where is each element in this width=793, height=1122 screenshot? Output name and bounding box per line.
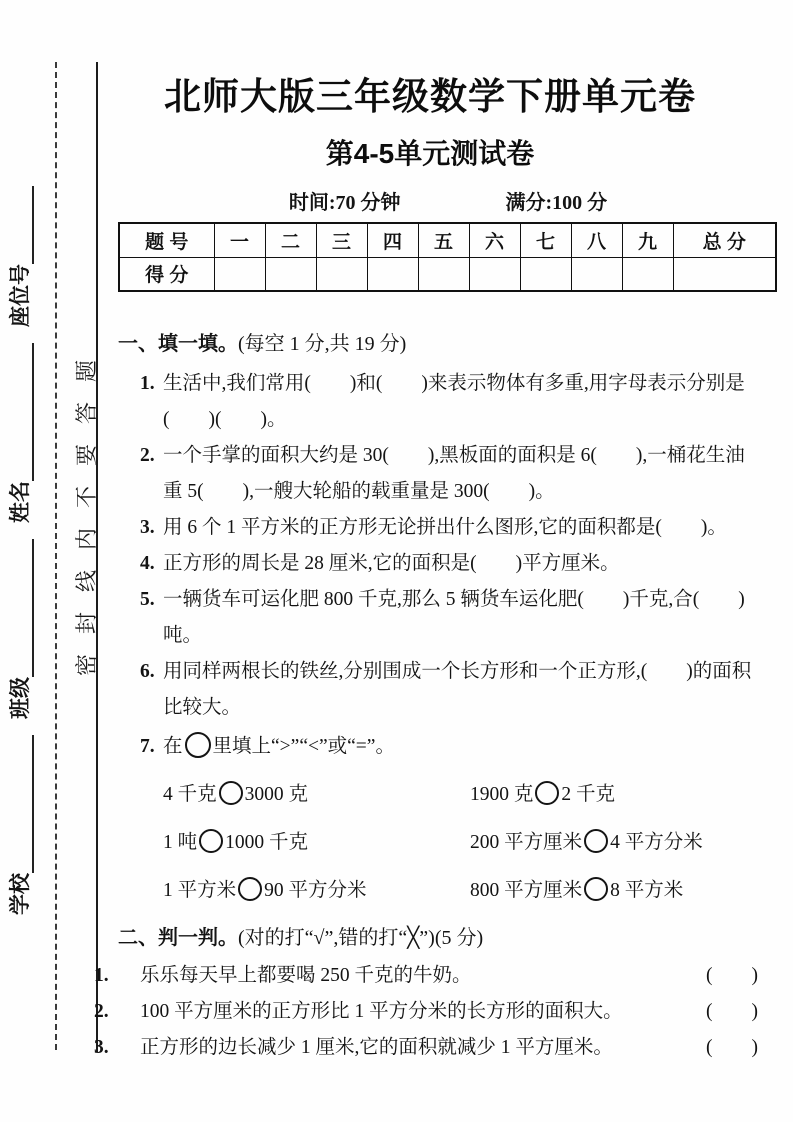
header-cell: 七	[520, 223, 571, 257]
question-text: 100 平方厘米的正方形比 1 平方分米的长方形的面积大。	[140, 1001, 623, 1022]
question-text: 正方形的周长是 28 厘米,它的面积是( )平方厘米。	[163, 553, 620, 574]
question-1: 1.生活中,我们常用( )和( )来表示物体有多重,用字母表示分别是 ( )( …	[118, 366, 780, 438]
comparison-row: 4 千克3000 克 1900 克2 千克	[118, 768, 780, 816]
section-2-heading: 二、判一判。(对的打“√”,错的打“╳”)(5 分)	[118, 924, 780, 952]
test-body: 一、填一填。(每空 1 分,共 19 分) 1.生活中,我们常用( )和( )来…	[118, 330, 780, 1066]
score-row-label: 得 分	[119, 257, 214, 291]
score-cell	[469, 257, 520, 291]
question-number: 1.	[117, 958, 140, 994]
question-text: 正方形的边长减少 1 厘米,它的面积就减少 1 平方厘米。	[140, 1037, 613, 1058]
score-cell	[265, 257, 316, 291]
header-cell: 一	[214, 223, 265, 257]
header-cell: 九	[622, 223, 673, 257]
compare-value: 1 平方米	[163, 880, 236, 901]
header-cell: 五	[418, 223, 469, 257]
circle-blank-icon	[584, 829, 608, 853]
question-number: 2.	[117, 994, 140, 1030]
header-cell: 总 分	[673, 223, 776, 257]
score-cell	[622, 257, 673, 291]
header-cell: 题 号	[119, 223, 214, 257]
question-number: 1.	[140, 366, 163, 402]
question-text: 吨。	[118, 618, 780, 654]
judge-item-1: 1.乐乐每天早上都要喝 250 千克的牛奶。 ( )	[118, 958, 780, 994]
question-text: 重 5( ),一艘大轮船的载重量是 300( )。	[118, 474, 780, 510]
write-line	[10, 343, 34, 481]
question-7: 7.在里填上“>”“<”或“=”。	[118, 726, 780, 768]
compare-value: 1900 克	[470, 784, 533, 805]
circle-blank-icon	[238, 877, 262, 901]
question-5: 5.一辆货车可运化肥 800 千克,那么 5 辆货车运化肥( )千克,合( ) …	[118, 582, 780, 654]
compare-value: 800 平方厘米	[470, 880, 582, 901]
header-cell: 六	[469, 223, 520, 257]
section-1-heading: 一、填一填。(每空 1 分,共 19 分)	[118, 330, 780, 358]
compare-value: 90 平方分米	[264, 880, 366, 901]
compare-value: 4 平方分米	[610, 832, 703, 853]
question-text: 里填上“>”“<”或“=”。	[213, 736, 395, 757]
question-number: 3.	[140, 510, 163, 546]
score-cell	[367, 257, 418, 291]
score-cell	[316, 257, 367, 291]
judge-item-2: 2.100 平方厘米的正方形比 1 平方分米的长方形的面积大。 ( )	[118, 994, 780, 1030]
question-number: 5.	[140, 582, 163, 618]
score-cell	[418, 257, 469, 291]
score-cell	[571, 257, 622, 291]
compare-value: 8 平方米	[610, 880, 683, 901]
circle-blank-icon	[185, 732, 211, 758]
question-text: 一个手掌的面积大约是 30( ),黑板面的面积是 6( ),一桶花生油	[163, 445, 745, 466]
header-cell: 三	[316, 223, 367, 257]
header-cell: 二	[265, 223, 316, 257]
write-line	[10, 735, 34, 873]
section-1-points: (每空 1 分,共 19 分)	[238, 333, 406, 355]
compare-value: 200 平方厘米	[470, 832, 582, 853]
full-score-label: 满分:100 分	[506, 186, 608, 215]
section-2-title: 二、判一判。	[118, 927, 238, 949]
question-2: 2.一个手掌的面积大约是 30( ),黑板面的面积是 6( ),一桶花生油 重 …	[118, 438, 780, 510]
compare-value: 1 吨	[163, 832, 197, 853]
question-number: 4.	[140, 546, 163, 582]
comparison-row: 1 吨1000 千克 200 平方厘米4 平方分米	[118, 816, 780, 864]
score-table-header-row: 题 号 一 二 三 四 五 六 七 八 九 总 分	[119, 223, 776, 257]
seal-dashed-line	[55, 62, 57, 1050]
header-cell: 八	[571, 223, 622, 257]
question-number: 7.	[140, 726, 163, 768]
score-cell	[520, 257, 571, 291]
page-subtitle: 第4-5单元测试卷	[100, 132, 760, 172]
question-3: 3.用 6 个 1 平方米的正方形无论拼出什么图形,它的面积都是( )。	[118, 510, 780, 546]
score-cell	[673, 257, 776, 291]
score-table: 题 号 一 二 三 四 五 六 七 八 九 总 分 得 分	[118, 222, 777, 292]
question-text: 比较大。	[118, 690, 780, 726]
question-4: 4.正方形的周长是 28 厘米,它的面积是( )平方厘米。	[118, 546, 780, 582]
answer-blank: ( )	[706, 958, 758, 994]
comparison-row: 1 平方米90 平方分米 800 平方厘米8 平方米	[118, 864, 780, 912]
compare-value: 4 千克	[163, 784, 217, 805]
answer-blank: ( )	[706, 994, 758, 1030]
header-cell: 四	[367, 223, 418, 257]
question-text: 在	[163, 736, 183, 757]
compare-value: 1000 千克	[225, 832, 308, 853]
question-text: 用同样两根长的铁丝,分别围成一个长方形和一个正方形,( )的面积	[163, 661, 751, 682]
question-text: 一辆货车可运化肥 800 千克,那么 5 辆货车运化肥( )千克,合( )	[163, 589, 745, 610]
score-cell	[214, 257, 265, 291]
seat-number-label: 座位号	[4, 264, 34, 327]
school-label: 学校	[4, 873, 34, 915]
write-line	[10, 539, 34, 677]
circle-blank-icon	[584, 877, 608, 901]
question-text: ( )( )。	[118, 402, 780, 438]
class-field: 班级	[4, 539, 34, 719]
circle-blank-icon	[535, 781, 559, 805]
question-text: 用 6 个 1 平方米的正方形无论拼出什么图形,它的面积都是( )。	[163, 517, 727, 538]
section-1-title: 一、填一填。	[118, 333, 238, 355]
score-table-score-row: 得 分	[119, 257, 776, 291]
page-title: 北师大版三年级数学下册单元卷	[100, 66, 760, 120]
question-number: 2.	[140, 438, 163, 474]
circle-blank-icon	[219, 781, 243, 805]
question-text: 乐乐每天早上都要喝 250 千克的牛奶。	[140, 965, 472, 986]
class-label: 班级	[4, 677, 34, 719]
compare-value: 3000 克	[245, 784, 308, 805]
section-2-points: (对的打“√”,错的打“╳”)(5 分)	[238, 927, 483, 949]
question-number: 6.	[140, 654, 163, 690]
name-label: 姓名	[4, 481, 34, 523]
seal-notice-text: 密封线内不要答题	[70, 354, 98, 676]
question-text: 生活中,我们常用( )和( )来表示物体有多重,用字母表示分别是	[163, 373, 745, 394]
time-label: 时间:70 分钟	[289, 186, 401, 215]
judge-item-3: 3.正方形的边长减少 1 厘米,它的面积就减少 1 平方厘米。 ( )	[118, 1030, 780, 1066]
seat-number-field: 座位号	[4, 186, 34, 327]
school-field: 学校	[4, 735, 34, 915]
exam-info-row: 时间:70 分钟 满分:100 分	[118, 186, 778, 215]
circle-blank-icon	[199, 829, 223, 853]
question-6: 6.用同样两根长的铁丝,分别围成一个长方形和一个正方形,( )的面积 比较大。	[118, 654, 780, 726]
compare-value: 2 千克	[561, 784, 615, 805]
write-line	[10, 186, 34, 264]
student-info-fields: 学校 班级 姓名 座位号	[6, 190, 34, 915]
name-field: 姓名	[4, 343, 34, 523]
question-number: 3.	[117, 1030, 140, 1066]
answer-blank: ( )	[706, 1030, 758, 1066]
